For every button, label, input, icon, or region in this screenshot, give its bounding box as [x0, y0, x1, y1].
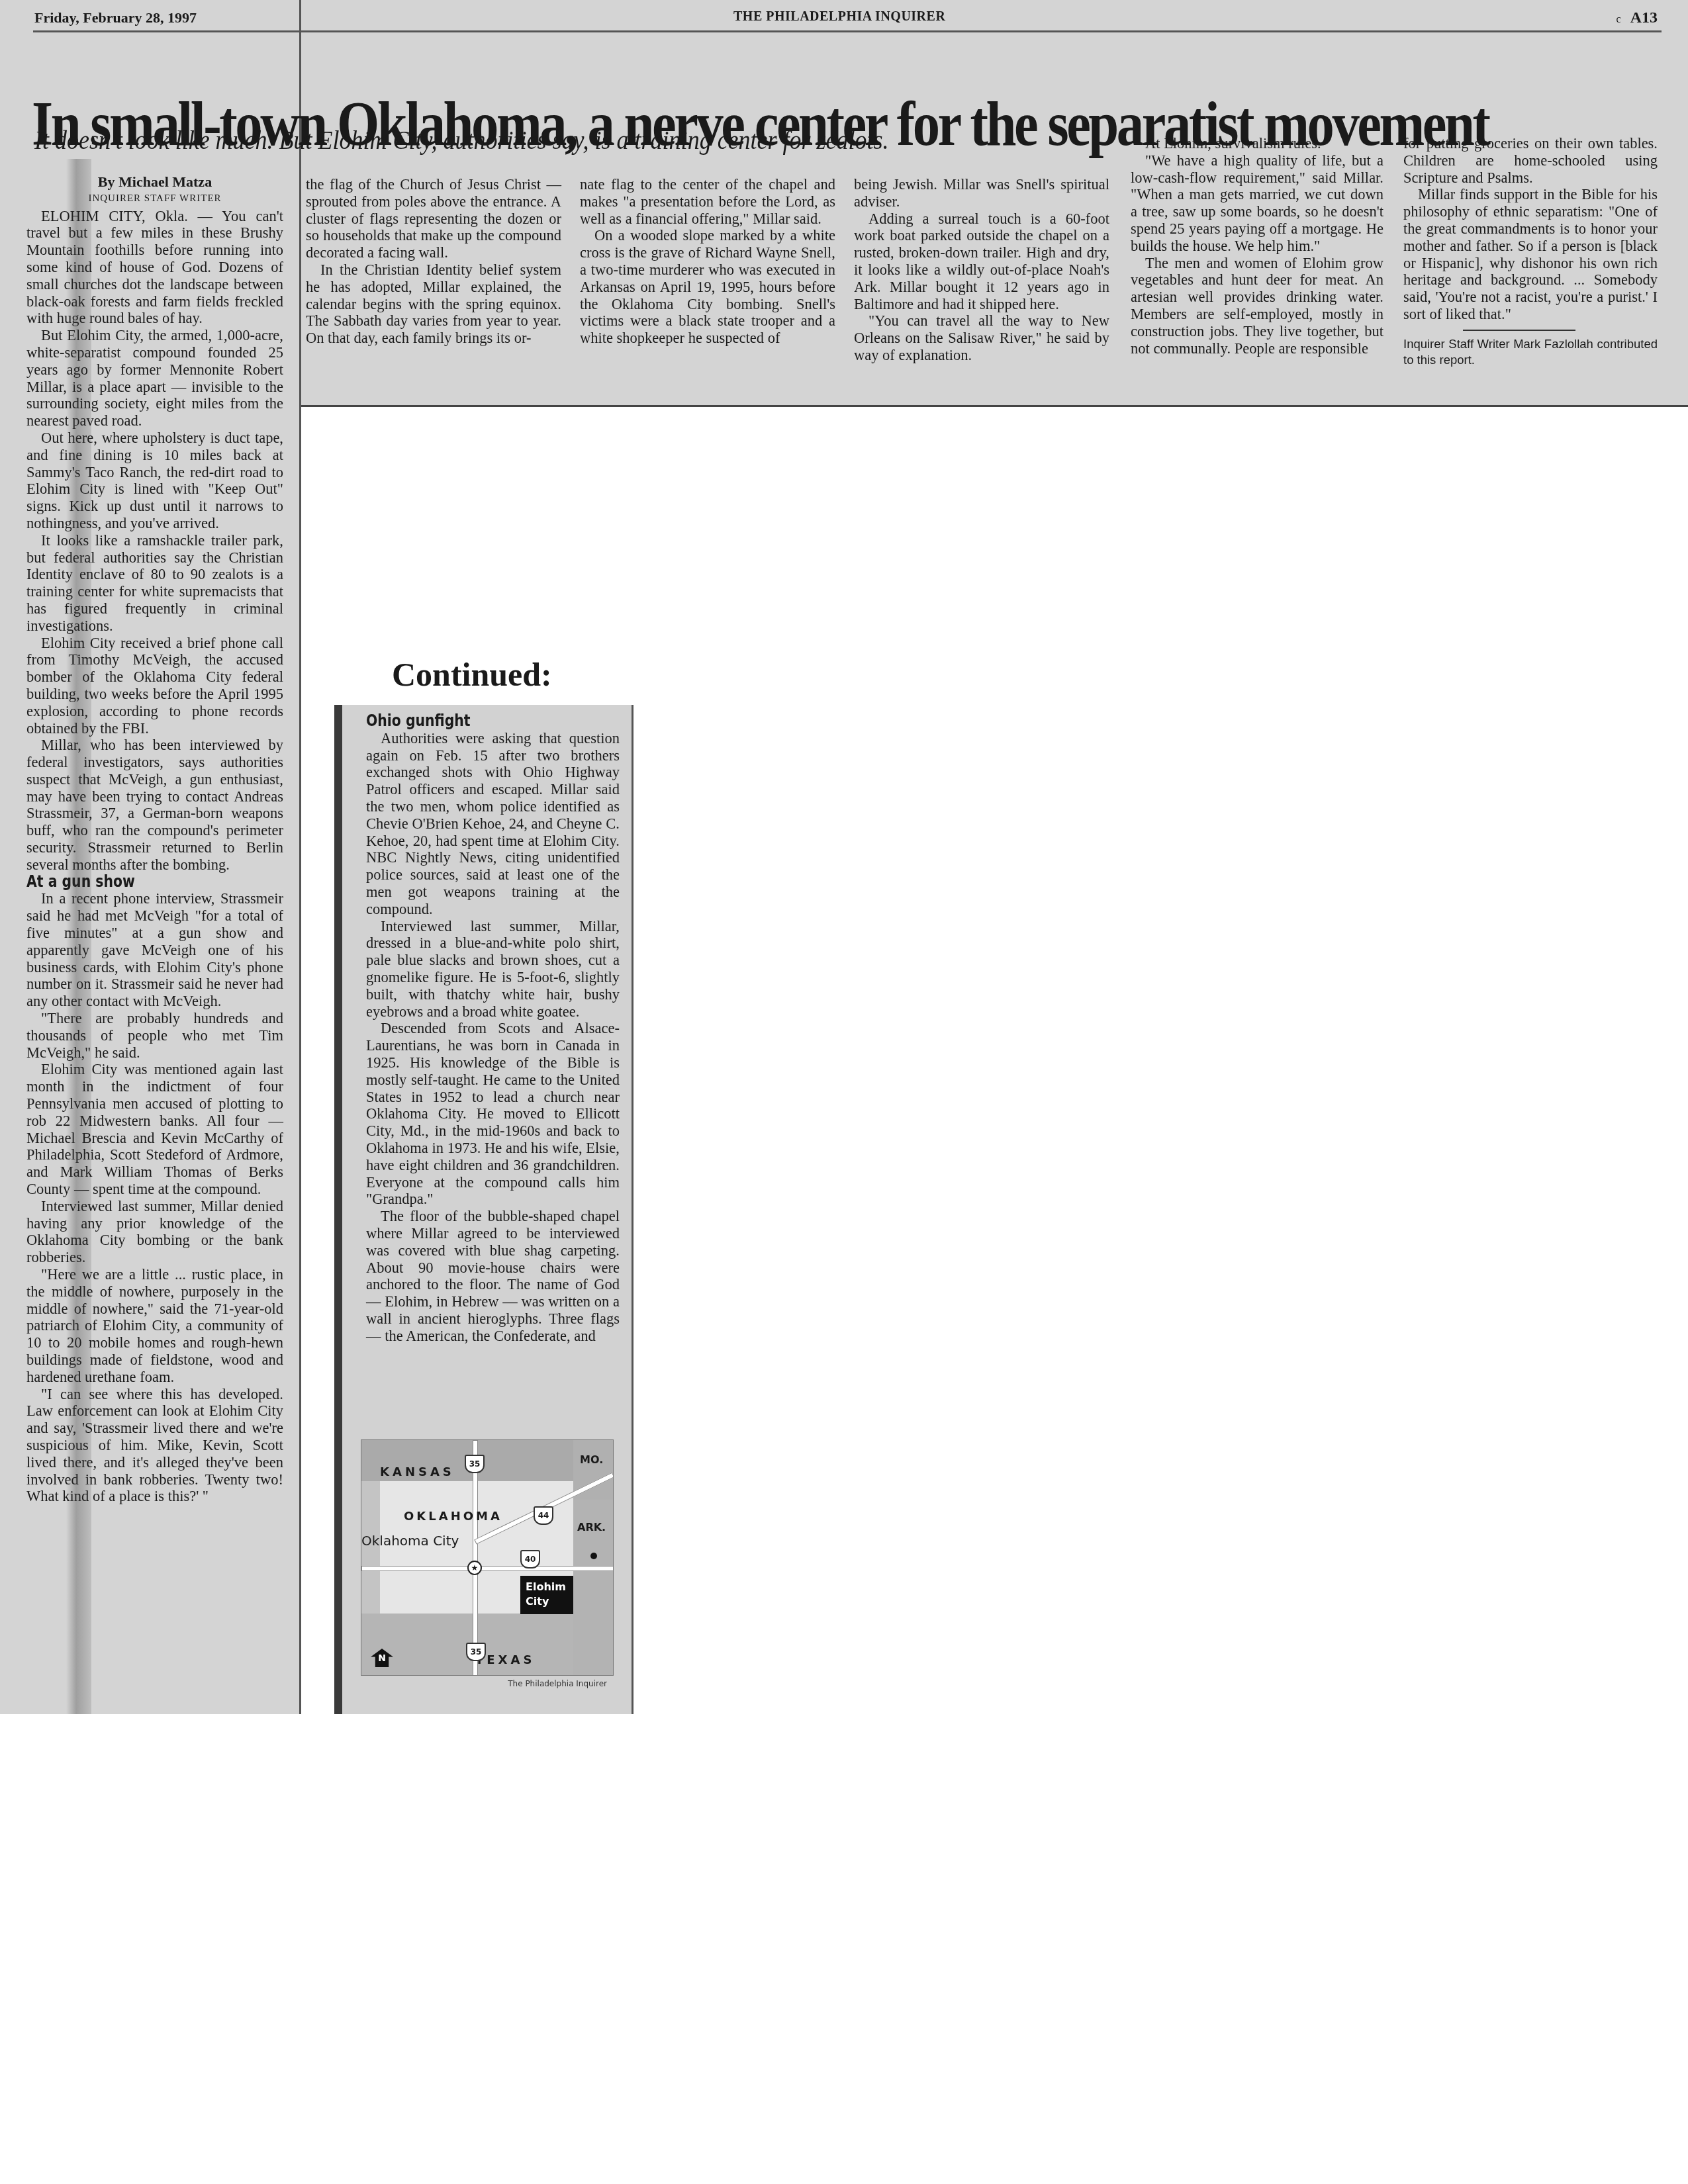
folio-page-number: cA13: [1617, 9, 1658, 27]
paragraph: Out here, where upholstery is duct tape,…: [26, 430, 283, 532]
map-label-kansas: KANSAS: [380, 1465, 455, 1479]
highway-i40: [361, 1566, 614, 1571]
paragraph: Descended from Scots and Alsace-Laurenti…: [366, 1020, 620, 1208]
paragraph: being Jewish. Millar was Snell's spiritu…: [854, 176, 1109, 210]
paragraph: In the Christian Identity belief system …: [306, 261, 561, 347]
paragraph: Interviewed last summer, Millar denied h…: [26, 1198, 283, 1266]
column-3: nate flag to the center of the chapel an…: [580, 176, 835, 347]
paragraph: nate flag to the center of the chapel an…: [580, 176, 835, 227]
deck: It doesn't look like much. But Elohim Ci…: [34, 124, 889, 156]
map-label-arkansas: ARK.: [577, 1521, 606, 1533]
map-credit: The Philadelphia Inquirer: [508, 1679, 607, 1688]
paragraph: "We have a high quality of life, but a l…: [1131, 152, 1383, 255]
paragraph: Millar finds support in the Bible for hi…: [1403, 186, 1658, 322]
paragraph: "Here we are a little ... rustic place, …: [26, 1266, 283, 1386]
subhead-gun-show: At a gun show: [26, 874, 245, 891]
column-2: the flag of the Church of Jesus Christ —…: [306, 176, 561, 347]
column-6: for putting groceries on their own table…: [1403, 135, 1658, 368]
map-label-elohim-city: Elohim City: [520, 1576, 573, 1614]
column-4: being Jewish. Millar was Snell's spiritu…: [854, 176, 1109, 364]
interstate-shield-icon: 35: [465, 1455, 485, 1473]
location-dot-icon: [590, 1553, 597, 1559]
map-frame: KANSAS MO. ARK. OKLAHOMA Oklahoma City T…: [361, 1439, 614, 1676]
credit-divider: [1463, 330, 1575, 331]
map-label-oklahoma: OKLAHOMA: [404, 1510, 502, 1524]
byline-title: INQUIRER STAFF WRITER: [26, 191, 283, 208]
paragraph: On a wooded slope marked by a white cros…: [580, 227, 835, 347]
subhead-ohio-gunfight: Ohio gunfight: [366, 713, 582, 730]
folio-newspaper-name: THE PHILADELPHIA INQUIRER: [733, 9, 945, 24]
paragraph: "I can see where this has developed. Law…: [26, 1386, 283, 1506]
paragraph: But Elohim City, the armed, 1,000-acre, …: [26, 327, 283, 430]
capital-star-icon: ★: [467, 1561, 482, 1575]
byline: By Michael Matza: [26, 173, 283, 191]
paragraph: Millar, who has been interviewed by fede…: [26, 737, 283, 873]
paragraph: In a recent phone interview, Strassmeir …: [26, 890, 283, 1010]
paragraph: "There are probably hundreds and thousan…: [26, 1010, 283, 1061]
folio-date: Friday, February 28, 1997: [34, 9, 197, 26]
column-1: By Michael Matza INQUIRER STAFF WRITER E…: [26, 173, 283, 1505]
paragraph: Interviewed last summer, Millar, dressed…: [366, 918, 620, 1021]
locator-map: KANSAS MO. ARK. OKLAHOMA Oklahoma City T…: [361, 1439, 612, 1698]
interstate-shield-icon: 44: [534, 1506, 553, 1525]
paragraph: Adding a surreal touch is a 60-foot work…: [854, 210, 1109, 313]
contributor-credit: Inquirer Staff Writer Mark Fazlollah con…: [1403, 336, 1658, 368]
paragraph: "You can travel all the way to New Orlea…: [854, 312, 1109, 363]
page-number: A13: [1630, 9, 1658, 26]
paragraph: Elohim City was mentioned again last mon…: [26, 1061, 283, 1197]
map-label-oklahoma-city: Oklahoma City: [361, 1533, 459, 1549]
folio-rule: [33, 30, 1662, 32]
paragraph: ELOHIM CITY, Okla. — You can't travel bu…: [26, 208, 283, 328]
continued-column: Ohio gunfight Authorities were asking th…: [366, 711, 620, 1344]
continued-clipping: Ohio gunfight Authorities were asking th…: [334, 705, 633, 1714]
paragraph: Authorities were asking that question ag…: [366, 730, 620, 918]
paragraph: the flag of the Church of Jesus Christ —…: [306, 176, 561, 261]
paragraph: for putting groceries on their own table…: [1403, 135, 1658, 186]
paragraph: The floor of the bubble-shaped chapel wh…: [366, 1208, 620, 1344]
interstate-shield-icon: 40: [520, 1550, 540, 1569]
continued-label: Continued:: [392, 655, 552, 694]
interstate-shield-icon: 35: [466, 1643, 486, 1661]
column-5: At Elohim, survivalism rules. "We have a…: [1131, 135, 1383, 357]
paragraph: Elohim City received a brief phone call …: [26, 635, 283, 737]
map-label-missouri: MO.: [580, 1453, 603, 1466]
paragraph: At Elohim, survivalism rules.: [1131, 135, 1383, 152]
paragraph: The men and women of Elohim grow vegetab…: [1131, 255, 1383, 357]
paragraph: It looks like a ramshackle trailer park,…: [26, 532, 283, 635]
edition-mark: c: [1617, 14, 1621, 25]
highway-i35: [473, 1440, 478, 1676]
